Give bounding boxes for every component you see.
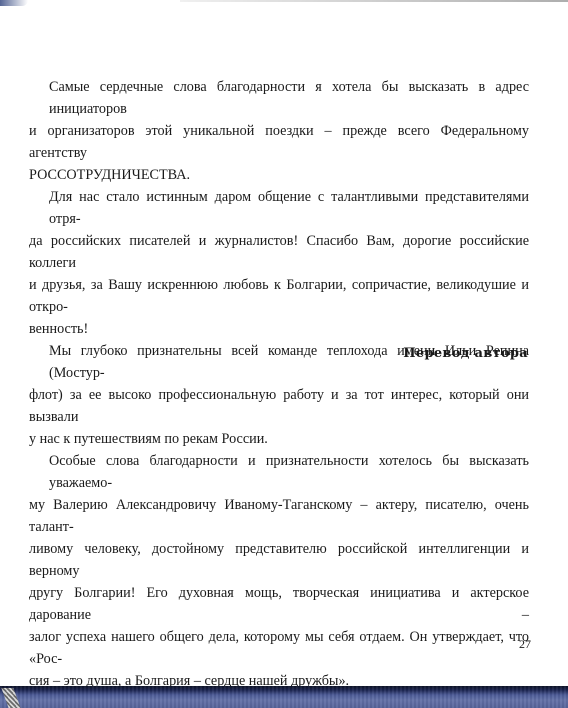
text-line: залог успеха нашего общего дела, котором… — [29, 626, 529, 670]
text-line: ливому человеку, достойному представител… — [29, 538, 529, 582]
text-line: венность! — [29, 318, 529, 340]
text-line: Самые сердечные слова благодарности я хо… — [29, 76, 529, 120]
text-line: РОССОТРУДНИЧЕСТВА. — [29, 164, 529, 186]
paragraph-4: Особые слова благодарности и признательн… — [29, 450, 529, 692]
text-line: другу Болгарии! Его духовная мощь, творч… — [29, 582, 529, 626]
signature: Перевод автора — [403, 346, 528, 361]
paragraph-1: Самые сердечные слова благодарности я хо… — [29, 76, 529, 186]
page-top-edge — [180, 0, 568, 2]
page-number: 27 — [519, 637, 531, 652]
text-line: и организаторов этой уникальной поездки … — [29, 120, 529, 164]
page-corner-shadow — [0, 0, 28, 6]
text-line: и друзья, за Вашу искреннюю любовь к Бол… — [29, 274, 529, 318]
text-line: у нас к путешествиям по рекам России. — [29, 428, 529, 450]
book-cover-edge — [0, 686, 568, 708]
text-line: му Валерию Александровичу Иваному-Таганс… — [29, 494, 529, 538]
text-line: флот) за ее высоко профессиональную рабо… — [29, 384, 529, 428]
paragraph-2: Для нас стало истинным даром общение с т… — [29, 186, 529, 340]
text-line: Для нас стало истинным даром общение с т… — [29, 186, 529, 230]
text-line: Особые слова благодарности и признательн… — [29, 450, 529, 494]
text-line: да российских писателей и журналистов! С… — [29, 230, 529, 274]
body-text: Самые сердечные слова благодарности я хо… — [29, 76, 529, 708]
book-page: Самые сердечные слова благодарности я хо… — [0, 0, 568, 688]
